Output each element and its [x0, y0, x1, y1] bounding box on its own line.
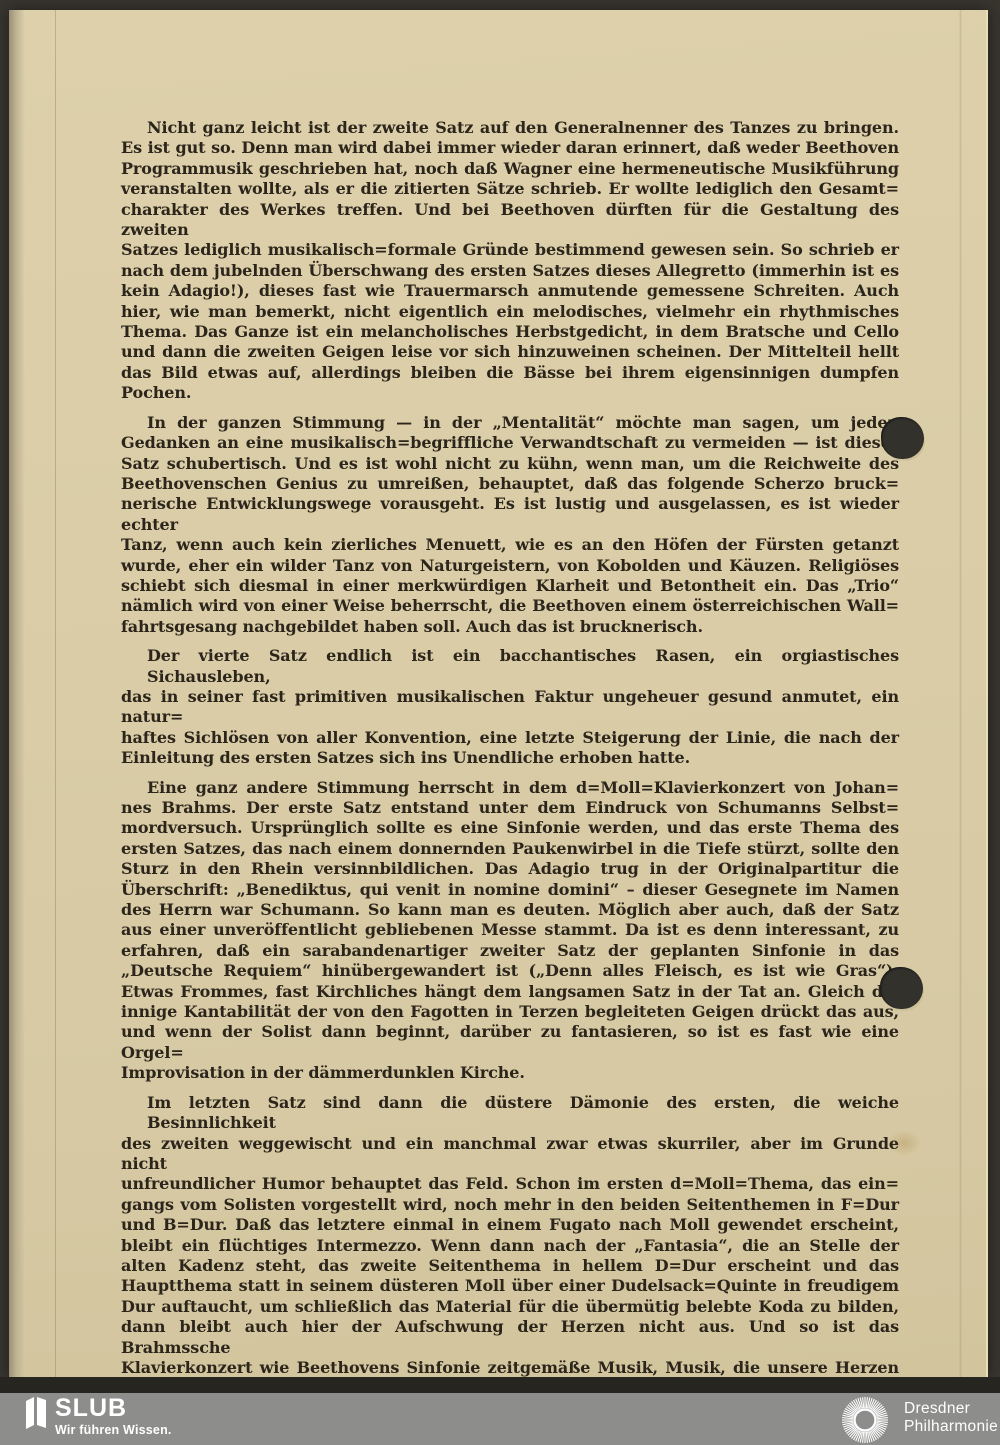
page-scan: Nicht ganz leicht ist der zweite Satz au…	[9, 10, 988, 1377]
text-line: Improvisation in der dämmerdunklen Kirch…	[121, 1063, 899, 1083]
text-line: Der vierte Satz endlich ist ein bacchant…	[121, 646, 899, 687]
text-line: Pochen.	[121, 383, 899, 403]
slub-title: SLUB	[55, 1395, 172, 1421]
text-block: Nicht ganz leicht ist der zweite Satz au…	[121, 118, 899, 1399]
text-line: Satz schubertisch. Und es ist wohl nicht…	[121, 454, 899, 474]
text-line: Es ist gut so. Denn man wird dabei immer…	[121, 138, 899, 158]
slub-logo: SLUB Wir führen Wissen.	[26, 1395, 172, 1437]
text-line: und wenn der Solist dann beginnt, darübe…	[121, 1022, 899, 1063]
text-line: innige Kantabilität der von den Fagotten…	[121, 1002, 899, 1022]
text-line: Programmusik geschrieben hat, noch daß W…	[121, 159, 899, 179]
page-fold-line	[959, 10, 962, 1377]
text-line: Dur auftaucht, um schließlich das Materi…	[121, 1297, 899, 1317]
text-line: aus einer unveröffentlicht gebliebenen M…	[121, 920, 899, 940]
text-line: haftes Sichlösen von aller Konvention, e…	[121, 728, 899, 748]
text-line: mordversuch. Ursprünglich sollte es eine…	[121, 818, 899, 838]
slub-text: SLUB Wir führen Wissen.	[55, 1395, 172, 1437]
text-line: Satzes lediglich musikalisch=formale Grü…	[121, 240, 899, 260]
text-line: schiebt sich diesmal in einer merkwürdig…	[121, 576, 899, 596]
scan-bottom-strip	[0, 1377, 1000, 1393]
text-line: Tanz, wenn auch kein zierliches Menuett,…	[121, 535, 899, 555]
text-line: Einleitung des ersten Satzes sich ins Un…	[121, 748, 899, 768]
philharmonie-line2: Philharmonie	[904, 1418, 998, 1436]
paragraph: Nicht ganz leicht ist der zweite Satz au…	[121, 118, 899, 404]
page-edge-shade	[9, 10, 25, 1377]
punch-hole-top	[881, 417, 924, 459]
text-line: bleibt ein flüchtiges Intermezzo. Wenn d…	[121, 1236, 899, 1256]
slub-tagline: Wir führen Wissen.	[55, 1423, 172, 1437]
text-line: kein Adagio!), dieses fast wie Trauermar…	[121, 281, 899, 301]
text-line: Beethovenschen Genius zu umreißen, behau…	[121, 474, 899, 494]
text-line: dann bleibt auch hier der Aufschwung der…	[121, 1317, 899, 1358]
text-line: Sturz in den Rhein versinnbildlichen. Da…	[121, 859, 899, 879]
scan-viewer: Nicht ganz leicht ist der zweite Satz au…	[0, 0, 1000, 1445]
text-line: nes Brahms. Der erste Satz entstand unte…	[121, 798, 899, 818]
paragraph: Der vierte Satz endlich ist ein bacchant…	[121, 646, 899, 768]
text-line: charakter des Werkes treffen. Und bei Be…	[121, 200, 899, 241]
paragraph: Eine ganz andere Stimmung herrscht in de…	[121, 778, 899, 1084]
text-line: Thema. Das Ganze ist ein melancholisches…	[121, 322, 899, 342]
text-line: das Bild etwas auf, allerdings bleiben d…	[121, 363, 899, 383]
text-line: hier, wie man bemerkt, nicht eigentlich …	[121, 302, 899, 322]
text-line: Etwas Frommes, fast Kirchliches hängt de…	[121, 982, 899, 1002]
page-stack-edge-line	[55, 10, 56, 1377]
text-line: Überschrift: „Benediktus, qui venit in n…	[121, 880, 899, 900]
text-line: In der ganzen Stimmung — in der „Mentali…	[121, 413, 899, 433]
starburst-icon	[840, 1395, 890, 1445]
page-right-edge	[986, 10, 988, 1377]
text-line: Im letzten Satz sind dann die düstere Dä…	[121, 1093, 899, 1134]
text-line: gangs vom Solisten vorgestellt wird, noc…	[121, 1195, 899, 1215]
text-line: nach dem jubelnden Überschwang des erste…	[121, 261, 899, 281]
philharmonie-line1: Dresdner	[904, 1400, 998, 1418]
text-line: das in seiner fast primitiven musikalisc…	[121, 687, 899, 728]
text-line: erfahren, daß ein sarabandenartiger zwei…	[121, 941, 899, 961]
text-line: Eine ganz andere Stimmung herrscht in de…	[121, 778, 899, 798]
text-line: unfreundlicher Humor behauptet das Feld.…	[121, 1174, 899, 1194]
paragraph: In der ganzen Stimmung — in der „Mentali…	[121, 413, 899, 637]
text-line: Hauptthema statt in seinem düsteren Moll…	[121, 1276, 899, 1296]
punch-hole-bottom	[880, 967, 923, 1009]
text-line: „Deutsche Requiem“ hinübergewandert ist …	[121, 961, 899, 981]
text-line: alten Kadenz steht, das zweite Seitenthe…	[121, 1256, 899, 1276]
text-line: nämlich wird von einer Weise beherrscht,…	[121, 596, 899, 616]
open-book-icon	[26, 1397, 46, 1437]
footer-bar: SLUB Wir führen Wissen. Dresdner Philhar…	[0, 1393, 1000, 1445]
text-line: nerische Entwicklungswege vorausgeht. Es…	[121, 494, 899, 535]
text-line: ersten Satzes, das nach einem donnernden…	[121, 839, 899, 859]
text-line: Nicht ganz leicht ist der zweite Satz au…	[121, 118, 899, 138]
text-line: und B=Dur. Daß das letztere einmal in ei…	[121, 1215, 899, 1235]
text-line: veranstalten wollte, als er die zitierte…	[121, 179, 899, 199]
paragraph: Im letzten Satz sind dann die düstere Dä…	[121, 1093, 899, 1399]
philharmonie-text: Dresdner Philharmonie	[904, 1400, 998, 1436]
text-line: fahrtsgesang nachgebildet haben soll. Au…	[121, 617, 899, 637]
text-line: Klavierkonzert wie Beethovens Sinfonie z…	[121, 1358, 899, 1378]
text-line: des Herrn war Schumann. So kann man es d…	[121, 900, 899, 920]
text-line: des zweiten weggewischt und ein manchmal…	[121, 1134, 899, 1175]
text-line: und dann die zweiten Geigen leise vor si…	[121, 342, 899, 362]
text-line: Gedanken an eine musikalisch=begrifflich…	[121, 433, 899, 453]
text-line: wurde, eher ein wilder Tanz von Naturgei…	[121, 556, 899, 576]
